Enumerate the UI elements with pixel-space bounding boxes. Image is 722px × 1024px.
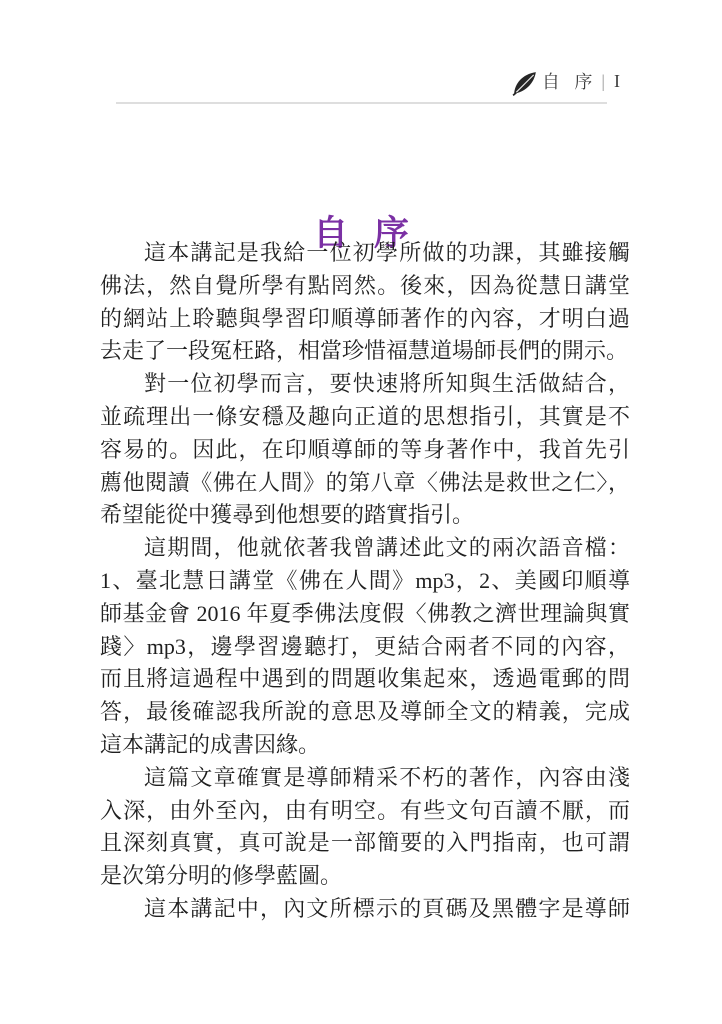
body-line: 這篇文章確實是導師精采不朽的著作，內容由淺 — [100, 762, 630, 795]
body-line: 1、臺北慧日講堂《佛在人間》mp3，2、美國印順導 — [100, 565, 630, 598]
body-line: 師基金會 2016 年夏季佛法度假〈佛教之濟世理論與實 — [100, 598, 630, 631]
leaf-icon — [512, 70, 538, 96]
paragraph: 對一位初學而言，要快速將所知與生活做結合，並疏理出一條安穩及趣向正道的思想指引，… — [100, 368, 630, 532]
book-page: 自 序 | I 自 序 這本講記是我給一位初學所做的功課，其雖接觸佛法，然自覺所… — [0, 0, 722, 1024]
body-line: 去走了一段冤枉路，相當珍惜福慧道場師長們的開示。 — [100, 335, 630, 368]
paragraph: 這期間，他就依著我曾講述此文的兩次語音檔：1、臺北慧日講堂《佛在人間》mp3，2… — [100, 532, 630, 762]
running-head-separator: | — [601, 71, 605, 92]
body-line: 是次第分明的修學藍圖。 — [100, 860, 630, 893]
body-line: 答，最後確認我所說的意思及導師全文的精義，完成 — [100, 696, 630, 729]
paragraph: 這本講記中，內文所標示的頁碼及黑體字是導師 — [100, 893, 630, 926]
body-line: 踐〉mp3，邊學習邊聽打，更結合兩者不同的內容， — [100, 631, 630, 664]
paragraph: 這本講記是我給一位初學所做的功課，其雖接觸佛法，然自覺所學有點罔然。後來，因為從… — [100, 237, 630, 368]
body-line: 這本講記是我給一位初學所做的功課，其雖接觸 — [100, 237, 630, 270]
body-line: 的網站上聆聽與學習印順導師著作的內容，才明白過 — [100, 303, 630, 336]
body-text: 這本講記是我給一位初學所做的功課，其雖接觸佛法，然自覺所學有點罔然。後來，因為從… — [100, 237, 630, 926]
running-head-section: 自 序 — [542, 68, 593, 94]
running-head-page-number: I — [614, 71, 620, 92]
body-line: 希望能從中獲尋到他想要的踏實指引。 — [100, 499, 630, 532]
body-line: 而且將這過程中遇到的問題收集起來，透過電郵的問 — [100, 663, 630, 696]
body-line: 薦他閱讀《佛在人間》的第八章〈佛法是救世之仁〉， — [100, 467, 630, 500]
header-rule — [116, 102, 607, 104]
body-line: 這本講記的成書因緣。 — [100, 729, 630, 762]
body-line: 且深刻真實，真可說是一部簡要的入門指南，也可謂 — [100, 827, 630, 860]
body-line: 並疏理出一條安穩及趣向正道的思想指引，其實是不 — [100, 401, 630, 434]
body-line: 對一位初學而言，要快速將所知與生活做結合， — [100, 368, 630, 401]
body-line: 佛法，然自覺所學有點罔然。後來，因為從慧日講堂 — [100, 270, 630, 303]
paragraph: 這篇文章確實是導師精采不朽的著作，內容由淺入深，由外至內，由有明空。有些文句百讀… — [100, 762, 630, 893]
body-line: 這本講記中，內文所標示的頁碼及黑體字是導師 — [100, 893, 630, 926]
body-line: 容易的。因此，在印順導師的等身著作中，我首先引 — [100, 434, 630, 467]
running-head: 自 序 | I — [512, 68, 620, 94]
body-line: 入深，由外至內，由有明空。有些文句百讀不厭，而 — [100, 795, 630, 828]
body-line: 這期間，他就依著我曾講述此文的兩次語音檔： — [100, 532, 630, 565]
